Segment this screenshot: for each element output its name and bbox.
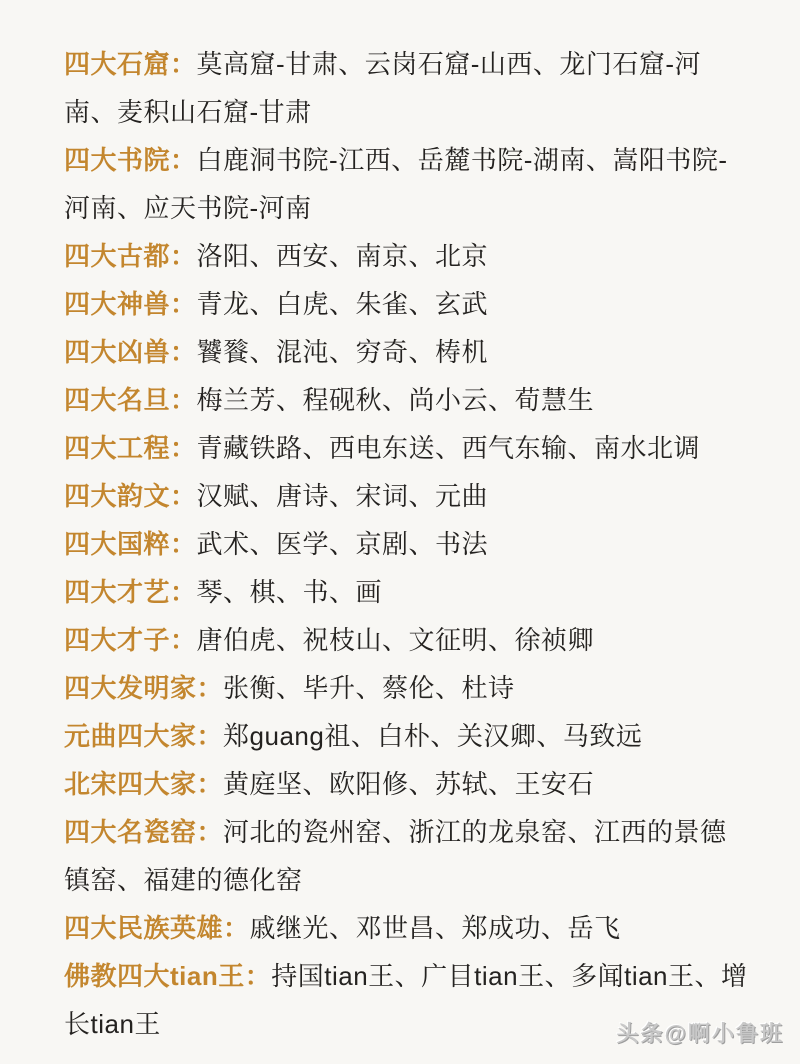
entry-list: 四大石窟：莫高窟-甘肃、云岗石窟-山西、龙门石窟-河南、麦积山石窟-甘肃 四大书… bbox=[64, 40, 748, 1048]
list-item: 四大才艺：琴、棋、书、画 bbox=[64, 568, 748, 616]
entry-colon: ： bbox=[170, 385, 197, 415]
entry-label: 四大石窟 bbox=[64, 49, 170, 79]
entry-label: 四大国粹 bbox=[64, 529, 170, 559]
entry-content: 郑guang祖、白朴、关汉卿、马致远 bbox=[223, 721, 642, 751]
list-item: 四大国粹：武术、医学、京剧、书法 bbox=[64, 520, 748, 568]
entry-label: 四大名瓷窑 bbox=[64, 817, 197, 847]
entry-content: 洛阳、西安、南京、北京 bbox=[197, 241, 489, 271]
list-item: 四大民族英雄：戚继光、邓世昌、郑成功、岳飞 bbox=[64, 904, 748, 952]
entry-colon: ： bbox=[170, 145, 197, 175]
list-item: 四大古都：洛阳、西安、南京、北京 bbox=[64, 232, 748, 280]
entry-colon: ： bbox=[170, 577, 197, 607]
entry-content: 武术、医学、京剧、书法 bbox=[197, 529, 489, 559]
entry-colon: ： bbox=[197, 721, 224, 751]
entry-label: 四大才子 bbox=[64, 625, 170, 655]
entry-label: 四大名旦 bbox=[64, 385, 170, 415]
entry-label: 北宋四大家 bbox=[64, 769, 197, 799]
entry-label: 佛教四大tian王 bbox=[64, 961, 245, 991]
entry-label: 四大书院 bbox=[64, 145, 170, 175]
entry-label: 四大工程 bbox=[64, 433, 170, 463]
list-item: 四大凶兽：饕餮、混沌、穷奇、梼机 bbox=[64, 328, 748, 376]
entry-content: 汉赋、唐诗、宋词、元曲 bbox=[197, 481, 489, 511]
list-item: 北宋四大家：黄庭坚、欧阳修、苏轼、王安石 bbox=[64, 760, 748, 808]
list-item: 四大才子：唐伯虎、祝枝山、文征明、徐祯卿 bbox=[64, 616, 748, 664]
entry-colon: ： bbox=[170, 49, 197, 79]
entry-colon: ： bbox=[197, 769, 224, 799]
entry-colon: ： bbox=[170, 481, 197, 511]
entry-content: 琴、棋、书、画 bbox=[197, 577, 383, 607]
entry-label: 四大凶兽 bbox=[64, 337, 170, 367]
entry-colon: ： bbox=[170, 433, 197, 463]
entry-content: 唐伯虎、祝枝山、文征明、徐祯卿 bbox=[197, 625, 595, 655]
entry-colon: ： bbox=[245, 961, 272, 991]
entry-colon: ： bbox=[223, 913, 250, 943]
entry-label: 四大才艺 bbox=[64, 577, 170, 607]
list-item: 四大工程：青藏铁路、西电东送、西气东输、南水北调 bbox=[64, 424, 748, 472]
entry-content: 青藏铁路、西电东送、西气东输、南水北调 bbox=[197, 433, 701, 463]
entry-content: 黄庭坚、欧阳修、苏轼、王安石 bbox=[223, 769, 594, 799]
list-item: 四大韵文：汉赋、唐诗、宋词、元曲 bbox=[64, 472, 748, 520]
list-item: 四大名旦：梅兰芳、程砚秋、尚小云、荀慧生 bbox=[64, 376, 748, 424]
entry-colon: ： bbox=[170, 337, 197, 367]
entry-label: 四大韵文 bbox=[64, 481, 170, 511]
list-item: 四大书院：白鹿洞书院-江西、岳麓书院-湖南、嵩阳书院-河南、应天书院-河南 bbox=[64, 136, 748, 232]
list-item: 元曲四大家：郑guang祖、白朴、关汉卿、马致远 bbox=[64, 712, 748, 760]
page: 四大石窟：莫高窟-甘肃、云岗石窟-山西、龙门石窟-河南、麦积山石窟-甘肃 四大书… bbox=[0, 0, 800, 1064]
entry-colon: ： bbox=[170, 289, 197, 319]
entry-label: 四大古都 bbox=[64, 241, 170, 271]
entry-content: 梅兰芳、程砚秋、尚小云、荀慧生 bbox=[197, 385, 595, 415]
entry-colon: ： bbox=[170, 529, 197, 559]
entry-colon: ： bbox=[197, 673, 224, 703]
entry-content: 张衡、毕升、蔡伦、杜诗 bbox=[223, 673, 515, 703]
entry-colon: ： bbox=[170, 241, 197, 271]
entry-content: 青龙、白虎、朱雀、玄武 bbox=[197, 289, 489, 319]
entry-colon: ： bbox=[197, 817, 224, 847]
entry-label: 四大神兽 bbox=[64, 289, 170, 319]
entry-label: 元曲四大家 bbox=[64, 721, 197, 751]
list-item: 四大名瓷窑：河北的瓷州窑、浙江的龙泉窑、江西的景德镇窑、福建的德化窑 bbox=[64, 808, 748, 904]
entry-content: 饕餮、混沌、穷奇、梼机 bbox=[197, 337, 489, 367]
entry-label: 四大民族英雄 bbox=[64, 913, 223, 943]
list-item: 四大发明家：张衡、毕升、蔡伦、杜诗 bbox=[64, 664, 748, 712]
entry-label: 四大发明家 bbox=[64, 673, 197, 703]
entry-colon: ： bbox=[170, 625, 197, 655]
list-item: 四大神兽：青龙、白虎、朱雀、玄武 bbox=[64, 280, 748, 328]
list-item: 四大石窟：莫高窟-甘肃、云岗石窟-山西、龙门石窟-河南、麦积山石窟-甘肃 bbox=[64, 40, 748, 136]
watermark: 头条@啊小鲁班 bbox=[617, 1017, 784, 1048]
entry-content: 戚继光、邓世昌、郑成功、岳飞 bbox=[250, 913, 621, 943]
